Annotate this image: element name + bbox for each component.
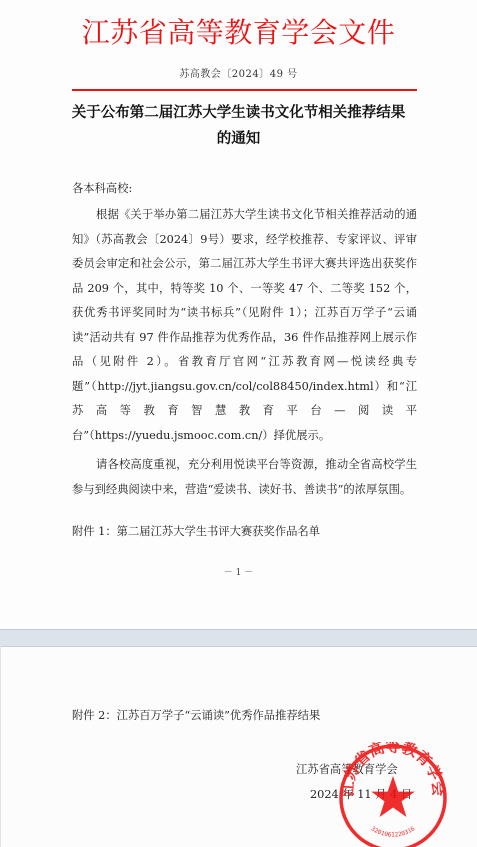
body-paragraph-1: 根据《关于举办第二届江苏大学生读书文化节相关推荐活动的通知》（苏高教会〔2024… — [72, 203, 417, 448]
document-viewer[interactable]: 江苏省高等教育学会文件 苏高教会〔2024〕49 号 关于公布第二届江苏大学生读… — [0, 0, 477, 847]
attachment-2-line: 附件 2：江苏百万学子“云诵读”优秀作品推荐结果 — [72, 707, 320, 723]
notice-title-line-2: 的通知 — [0, 126, 477, 152]
document-page-1: 江苏省高等教育学会文件 苏高教会〔2024〕49 号 关于公布第二届江苏大学生读… — [0, 0, 477, 629]
page-separator — [0, 629, 477, 646]
svg-text:3201061220316: 3201061220316 — [370, 825, 417, 839]
attachment-1-line: 附件 1：第二届江苏大学生书评大赛获奖作品名单 — [72, 520, 417, 545]
body-paragraph-2: 请各校高度重视，充分利用悦读平台等资源，推动全省高校学生参与到经典阅读中来，营造… — [72, 453, 417, 502]
document-header-title: 江苏省高等教育学会文件 — [0, 14, 477, 52]
notice-title: 关于公布第二届江苏大学生读书文化节相关推荐结果 的通知 — [0, 100, 477, 152]
header-red-divider — [72, 89, 417, 91]
page-number: － 1 － — [0, 565, 477, 578]
notice-title-line-1: 关于公布第二届江苏大学生读书文化节相关推荐结果 — [0, 100, 477, 126]
official-seal-icon: 江苏省高等教育学会 3201061220316 — [337, 742, 449, 847]
document-number: 苏高教会〔2024〕49 号 — [0, 65, 477, 80]
salutation: 各本科高校: — [72, 177, 417, 202]
